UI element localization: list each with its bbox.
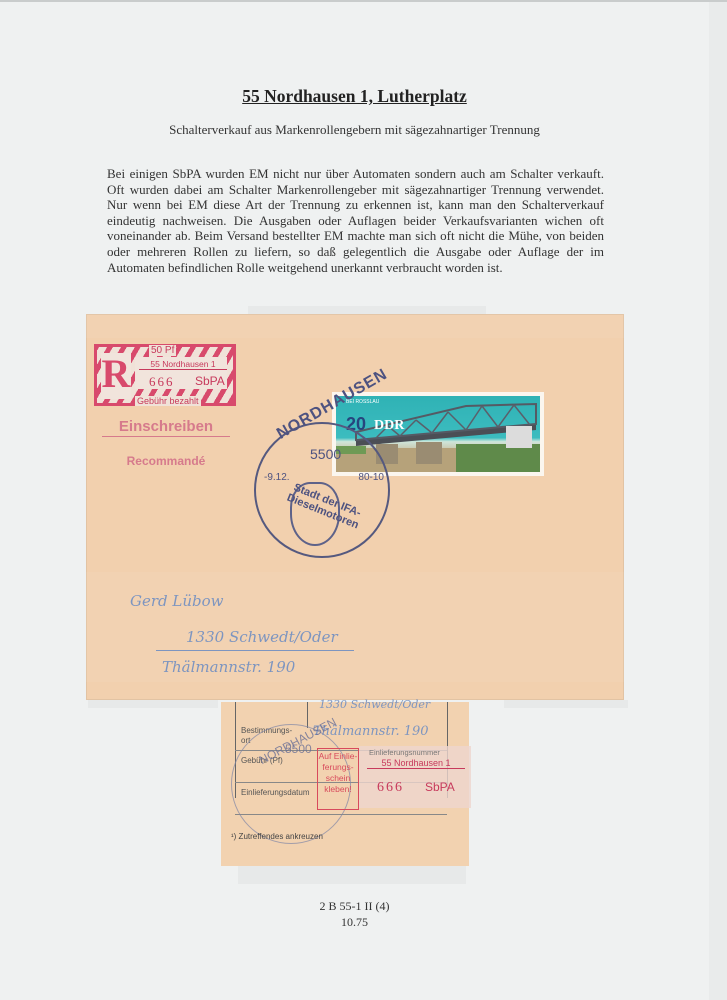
receipt-label-number: 666 <box>377 780 404 796</box>
form-line <box>307 702 308 728</box>
einschreiben-handstamp: Einschreiben <box>102 418 230 437</box>
receipt-label-office: 55 Nordhausen 1 <box>367 758 465 769</box>
registration-office: 55 Nordhausen 1 <box>139 359 227 370</box>
registration-fee: 50 Pf <box>149 345 176 356</box>
scan-edge <box>0 0 727 2</box>
receipt-field-number: Einlieferungsnummer <box>369 748 440 757</box>
receipt-registration-label: Einlieferungsnummer 55 Nordhausen 1 666 … <box>359 746 471 808</box>
page-subtitle: Schalterverkauf aus Markenrollengebern m… <box>0 122 709 138</box>
registered-envelope: R 50 Pf 55 Nordhausen 1 666 SbPA Gebühr … <box>86 314 624 700</box>
registration-number: 666 <box>149 374 175 390</box>
registration-paid-text: Gebühr bezahlt <box>135 396 201 406</box>
mount-strip <box>238 866 466 884</box>
page-title: 55 Nordhausen 1, Lutherplatz <box>0 86 709 107</box>
receipt-label-type: SbPA <box>425 780 455 794</box>
registration-letter: R <box>101 351 131 397</box>
envelope-band <box>86 314 624 338</box>
catalog-date: 10.75 <box>0 915 709 930</box>
registration-receipt: 1330 Schwedt/Oder Bestimmungs- ort Thälm… <box>221 702 469 866</box>
description-paragraph: Bei einigen SbPA wurden EM nicht nur übe… <box>107 166 604 275</box>
mount-strip <box>88 700 218 708</box>
receipt-top-fragment: 1330 Schwedt/Oder <box>319 698 430 711</box>
postmark: NORDHAUSEN 5500 -9.12. 80-10 Stadt der I… <box>254 422 390 558</box>
receipt-postmark-code: 5500 <box>285 742 312 756</box>
page-edge <box>709 0 727 1000</box>
catalog-reference: 2 B 55-1 II (4) <box>0 899 709 914</box>
address-city: 1330 Schwedt/Oder <box>186 628 338 646</box>
affix-instruction: Auf Einlie-ferungs-schein kleben! <box>317 748 359 810</box>
recommande-handstamp: Recommandé <box>102 454 230 468</box>
address-street: Thälmannstr. 190 <box>162 658 295 676</box>
receipt-footnote: ¹) Zutreffendes ankreuzen <box>231 832 323 841</box>
stamp-country: DDR <box>374 418 404 434</box>
mount-strip <box>504 700 628 708</box>
postmark-postcode: 5500 <box>310 446 341 462</box>
postmark-date-right: 80-10 <box>358 472 384 483</box>
registration-label: R 50 Pf 55 Nordhausen 1 666 SbPA Gebühr … <box>94 344 236 406</box>
registration-type: SbPA <box>195 374 225 388</box>
address-underline <box>156 650 354 651</box>
address-name: Gerd Lübow <box>130 592 224 610</box>
